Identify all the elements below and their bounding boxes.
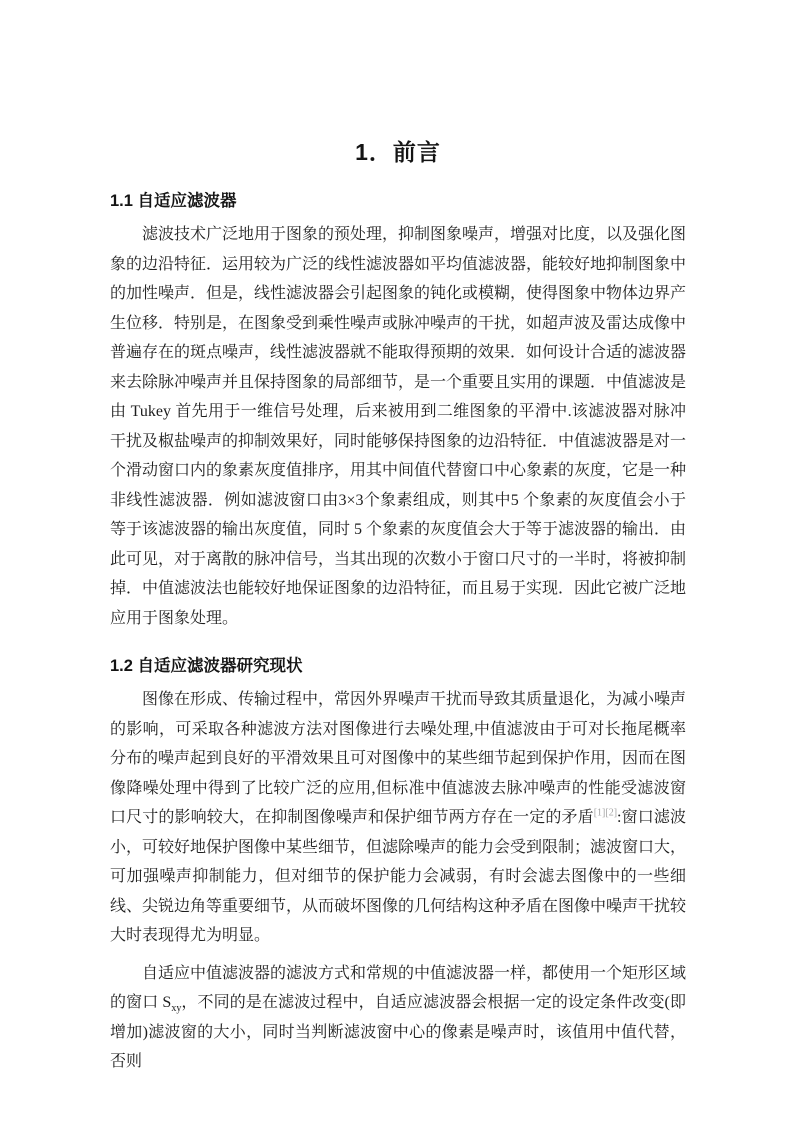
- document-content: 1．前言 1.1 自适应滤波器 滤波技术广泛地用于图象的预处理，抑制图象噪声，增…: [0, 0, 793, 1077]
- section-1-2-heading: 1.2 自适应滤波器研究现状: [110, 655, 686, 677]
- paragraph-text-before-citation: 图像在形成、传输过程中，常因外界噪声干扰而导致其质量退化，为减小噪声的影响，可采…: [110, 691, 686, 826]
- section-1-2-paragraph-2: 自适应中值滤波器的滤波方式和常规的中值滤波器一样，都使用一个矩形区域的窗口 Sx…: [110, 959, 686, 1077]
- paragraph-text-after-citation: :窗口滤波小，可较好地保护图像中某些细节，但滤除噪声的能力会受到限制；滤波窗口大…: [110, 809, 686, 944]
- document-page: 1．前言 1.1 自适应滤波器 滤波技术广泛地用于图象的预处理，抑制图象噪声，增…: [0, 0, 793, 1122]
- paragraph-text-after-subscript: ，不同的是在滤波过程中，自适应滤波器会根据一定的设定条件改变(即增加)滤波窗的大…: [110, 994, 686, 1070]
- section-1-1-paragraph: 滤波技术广泛地用于图象的预处理，抑制图象噪声，增强对比度，以及强化图象的边沿特征…: [110, 220, 686, 633]
- document-title: 1．前言: [110, 136, 686, 168]
- section-1-1-heading: 1.1 自适应滤波器: [110, 190, 686, 212]
- section-1-2-paragraph-1: 图像在形成、传输过程中，常因外界噪声干扰而导致其质量退化，为减小噪声的影响，可采…: [110, 685, 686, 951]
- citation-reference: [1][2]: [594, 808, 617, 819]
- window-symbol-subscript: xy: [171, 1003, 181, 1014]
